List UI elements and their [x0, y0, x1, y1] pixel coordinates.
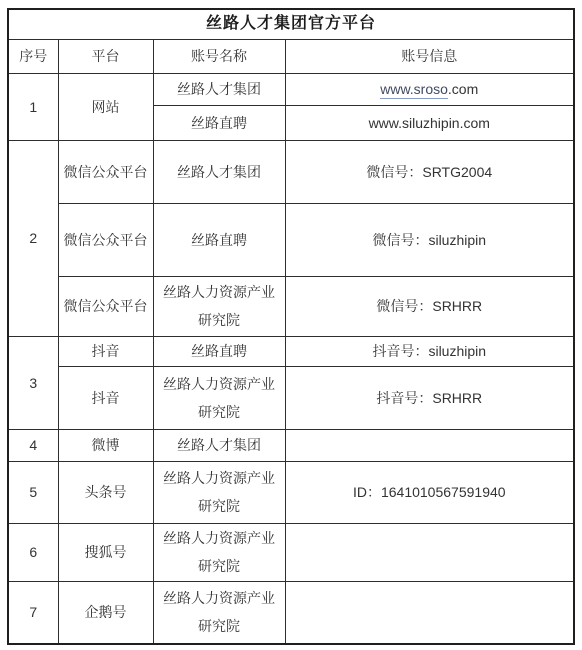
- table-row: 微信公众平台 丝路直聘 微信号：siluzhipin: [8, 203, 574, 276]
- table-row: 丝路人才集团官方平台: [8, 9, 574, 39]
- table-row: 3 抖音 丝路直聘 抖音号：siluzhipin: [8, 336, 574, 366]
- table-row: 6 搜狐号 丝路人力资源产业 研究院: [8, 523, 574, 581]
- page-title: 丝路人才集团官方平台: [8, 9, 574, 39]
- row-number-cell: 5: [8, 461, 58, 523]
- account-info-cell: [285, 523, 574, 581]
- platform-cell: 搜狐号: [58, 523, 153, 581]
- account-info-cell: www.sroso.com: [285, 73, 574, 105]
- account-info-cell: 微信号：SRTG2004: [285, 140, 574, 203]
- official-platform-table: 丝路人才集团官方平台 序号 平台 账号名称 账号信息 1 网站 丝路人才集团 w…: [7, 8, 575, 645]
- table-row: 7 企鹅号 丝路人力资源产业 研究院: [8, 581, 574, 644]
- account-name-cell: 丝路人力资源产业 研究院: [153, 276, 285, 336]
- account-name-cell: 丝路直聘: [153, 336, 285, 366]
- platform-cell: 微博: [58, 429, 153, 461]
- row-number-cell: 7: [8, 581, 58, 644]
- account-info-cell: www.siluzhipin.com: [285, 105, 574, 140]
- table-row: 4 微博 丝路人才集团: [8, 429, 574, 461]
- platform-cell: 网站: [58, 73, 153, 140]
- account-info-cell: [285, 429, 574, 461]
- table-header-row: 序号 平台 账号名称 账号信息: [8, 39, 574, 73]
- account-name-cell: 丝路人才集团: [153, 140, 285, 203]
- row-number-cell: 6: [8, 523, 58, 581]
- website-link-tail: .com: [448, 81, 478, 97]
- account-name-cell: 丝路人才集团: [153, 429, 285, 461]
- account-name-cell: 丝路直聘: [153, 203, 285, 276]
- account-name-cell: 丝路直聘: [153, 105, 285, 140]
- column-header-account-info: 账号信息: [285, 39, 574, 73]
- account-name-cell: 丝路人力资源产业 研究院: [153, 581, 285, 644]
- table-row: 2 微信公众平台 丝路人才集团 微信号：SRTG2004: [8, 140, 574, 203]
- account-info-cell: 抖音号：siluzhipin: [285, 336, 574, 366]
- row-number-cell: 4: [8, 429, 58, 461]
- platform-cell: 微信公众平台: [58, 203, 153, 276]
- account-name-cell: 丝路人才集团: [153, 73, 285, 105]
- row-number-cell: 1: [8, 73, 58, 140]
- table-row: 5 头条号 丝路人力资源产业 研究院 ID：1641010567591940: [8, 461, 574, 523]
- account-info-cell: 微信号：siluzhipin: [285, 203, 574, 276]
- table-row: 1 网站 丝路人才集团 www.sroso.com: [8, 73, 574, 105]
- platform-cell: 微信公众平台: [58, 276, 153, 336]
- platform-cell: 头条号: [58, 461, 153, 523]
- account-info-cell: 微信号：SRHRR: [285, 276, 574, 336]
- account-info-cell: 抖音号：SRHRR: [285, 366, 574, 429]
- account-info-cell: ID：1641010567591940: [285, 461, 574, 523]
- platform-cell: 微信公众平台: [58, 140, 153, 203]
- account-name-cell: 丝路人力资源产业 研究院: [153, 461, 285, 523]
- account-name-cell: 丝路人力资源产业 研究院: [153, 523, 285, 581]
- column-header-account-name: 账号名称: [153, 39, 285, 73]
- row-number-cell: 3: [8, 336, 58, 429]
- row-number-cell: 2: [8, 140, 58, 336]
- column-header-no: 序号: [8, 39, 58, 73]
- table-row: 微信公众平台 丝路人力资源产业 研究院 微信号：SRHRR: [8, 276, 574, 336]
- platform-cell: 抖音: [58, 366, 153, 429]
- platform-cell: 企鹅号: [58, 581, 153, 644]
- account-name-cell: 丝路人力资源产业 研究院: [153, 366, 285, 429]
- document-body: 丝路人才集团官方平台 序号 平台 账号名称 账号信息 1 网站 丝路人才集团 w…: [7, 8, 573, 645]
- website-link[interactable]: www.sroso: [380, 81, 448, 99]
- platform-cell: 抖音: [58, 336, 153, 366]
- table-row: 抖音 丝路人力资源产业 研究院 抖音号：SRHRR: [8, 366, 574, 429]
- column-header-platform: 平台: [58, 39, 153, 73]
- account-info-cell: [285, 581, 574, 644]
